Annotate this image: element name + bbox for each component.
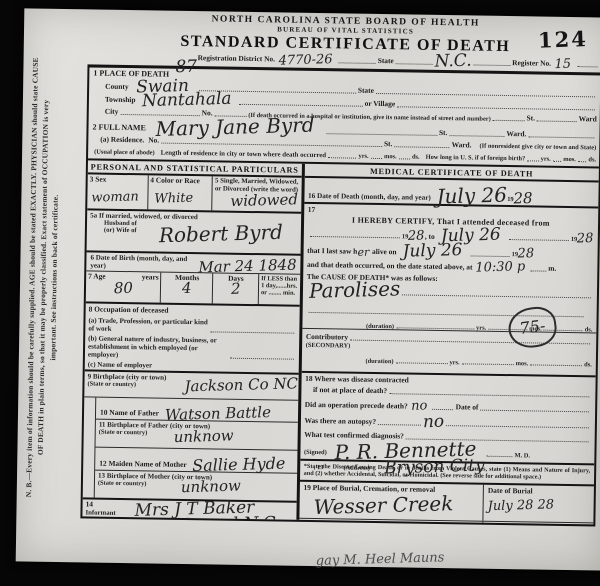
mother-value: Sallie Hyde <box>193 458 286 472</box>
reg-district-value: 4770-26 <box>279 55 333 66</box>
age-row: 7 Age 80 years Months 4 Days 2 <box>86 271 300 306</box>
father-bp-value: unknow <box>174 430 234 442</box>
dod-label: 16 Date of Death (month, day, and year) <box>308 192 431 202</box>
residence-ward-label: Ward. <box>452 141 472 150</box>
dotted-leader <box>432 400 454 409</box>
dotted-leader <box>389 385 589 397</box>
burial-date-cell: Date of Burial July 28 28 <box>483 485 594 523</box>
township-value: Nantahala <box>141 93 231 108</box>
mos-label: mos. <box>384 153 397 161</box>
yrs-label: yrs. <box>358 153 368 161</box>
county-label: County <box>105 83 129 92</box>
dotted-leader <box>339 55 376 65</box>
color-cell: 4 Color or Race White <box>148 175 213 210</box>
age-less-label-2: or ........ min. <box>261 290 298 298</box>
md-label: M. D. <box>514 452 530 460</box>
margin-instructions: N. B.—Every item of information should b… <box>23 36 64 518</box>
dotted-leader <box>537 113 577 123</box>
death-time-m-label: m. <box>548 264 556 273</box>
form-box: 1 PLACE OF DEATH County Swain State Town… <box>80 65 600 526</box>
residence-st-label: St. <box>384 140 393 149</box>
contrib-duration-label: (duration) <box>365 358 393 366</box>
sex-color-marital-row: 3 Sex woman 4 Color or Race White 5 Sing… <box>87 174 301 213</box>
dotted-leader <box>480 401 589 412</box>
dotted-leader <box>527 152 539 161</box>
ds-label-2: ds. <box>588 157 596 164</box>
color-label: 4 Color or Race <box>150 176 210 186</box>
burial-place-value: Wesser Creek <box>313 496 453 514</box>
occupation-row: 8 Occupation of deceased (a) Trade, Prof… <box>85 303 300 374</box>
dotted-leader <box>470 247 509 257</box>
certify-block: 17 I HEREBY CERTIFY, That I attended dec… <box>302 204 598 334</box>
dotted-leader <box>446 417 589 428</box>
state-value: N.C. <box>434 55 471 68</box>
burial-place-cell: 19 Place of Burial, Cremation, or remova… <box>299 482 484 521</box>
dotted-leader <box>210 323 294 333</box>
dotted-leader <box>397 99 595 111</box>
last-saw-date: July 26 <box>402 244 462 258</box>
birthplace-row: 9 Birthplace (city or town) (State or co… <box>84 371 298 400</box>
dotted-leader <box>530 356 582 366</box>
dotted-leader <box>399 150 411 159</box>
state-label: State <box>378 57 394 66</box>
father-row: 10 Name of Father Watson Battle <box>96 397 298 422</box>
dotted-leader <box>578 58 598 67</box>
township-label: Township <box>105 96 136 105</box>
length-residence-label: Length of residence in city or town wher… <box>161 149 327 159</box>
dotted-leader <box>530 262 546 271</box>
burial-date-value: July 28 28 <box>488 500 555 511</box>
operation-label: Did an operation precede death? <box>305 401 408 411</box>
age-label: 7 Age <box>88 272 106 300</box>
full-name-label: 2 FULL NAME <box>92 123 145 133</box>
sex-value: woman <box>91 192 145 203</box>
age-days-value: 2 <box>231 283 241 294</box>
dotted-leader <box>449 127 504 137</box>
dotted-leader <box>239 96 363 107</box>
sig-address-value: Bryson City <box>384 460 485 475</box>
death-time-value: 10:30 p <box>475 262 525 273</box>
occupation-label: 8 Occupation of deceased <box>89 305 297 317</box>
dotted-leader <box>402 286 591 298</box>
sex-cell: 3 Sex woman <box>87 174 148 209</box>
pencil-note: gay M. Heel Mauns <box>316 550 445 569</box>
city-label: City <box>105 108 119 117</box>
ds-label: ds. <box>412 154 420 161</box>
dob-value: Mar 24 1848 <box>199 259 298 273</box>
mother-label: 12 Maiden Name of Mother <box>99 459 187 469</box>
register-no-label: Register No. <box>512 59 551 68</box>
spouse-row: 5a If married, widowed, or divorced Husb… <box>87 210 301 255</box>
dotted-leader <box>528 128 594 138</box>
death-time-label: and that death occurred, on the date sta… <box>307 261 473 272</box>
dotted-leader <box>394 138 449 148</box>
place-state-label: State <box>358 87 374 96</box>
occupation-a-label: (a) Trade, Profession, or particular kin… <box>88 316 208 334</box>
where-contracted-label-2: if not at place of death? <box>313 386 387 396</box>
marital-value: widowed <box>231 195 300 208</box>
dotted-leader <box>473 57 510 67</box>
duration-yrs: yrs. <box>476 324 486 332</box>
dotted-leader <box>462 355 514 365</box>
dotted-leader <box>309 228 400 238</box>
dotted-leader <box>378 416 421 426</box>
date-of-label: Date of <box>456 403 479 412</box>
city-ward-label: Ward <box>579 116 597 125</box>
mother-birthplace-row: 13 Birthplace of Mother (city or town) (… <box>95 470 297 500</box>
age-days-cell: Days 2 <box>213 273 259 304</box>
personal-column: PERSONAL AND STATISTICAL PARTICULARS 3 S… <box>82 160 304 519</box>
contrib-ds: ds. <box>584 361 592 368</box>
cause-value: Parolises <box>308 281 400 298</box>
from-year-value: 28 <box>408 231 425 241</box>
contrib-mos: mos. <box>516 360 529 368</box>
form: NORTH CAROLINA STATE BOARD OF HEALTH BUR… <box>80 12 600 526</box>
dotted-leader <box>487 448 513 457</box>
name-st-label: St. <box>439 129 448 138</box>
parents-section: Parents 10 Name of Father Watson Battle … <box>83 397 298 502</box>
village-label: or Village <box>365 100 396 109</box>
burial-date-label: Date of Burial <box>488 487 590 497</box>
dotted-leader <box>396 354 448 364</box>
dotted-leader <box>376 85 595 97</box>
residence-no-label: No. <box>148 136 159 145</box>
dob-label: 6 Date of Birth (month, day, and year) <box>90 253 195 271</box>
duration-ds: ds. <box>585 326 593 333</box>
age-years-value: 80 <box>114 282 134 301</box>
parents-rows: 10 Name of Father Watson Battle 11 Birth… <box>95 397 298 500</box>
scanned-death-certificate: N. B.—Every item of information should b… <box>0 0 600 586</box>
age-less-label-1: If LESS than 1 day,......hrs. <box>261 275 298 290</box>
mos-label-2: mos. <box>563 156 576 164</box>
dotted-leader <box>493 112 525 121</box>
spouse-value: Robert Byrd <box>159 224 283 242</box>
dotted-leader <box>396 319 474 329</box>
duration-label: (duration) <box>366 322 394 330</box>
dob-row: 6 Date of Birth (month, day, and year) M… <box>86 252 300 274</box>
autopsy-value: no <box>423 415 445 428</box>
dotted-leader <box>396 55 433 65</box>
autopsy-label: Was there an autopsy? <box>304 417 376 427</box>
stamp-75-value: 75- <box>519 320 546 335</box>
disease-operation-block: 18 Where was disease contracted if not a… <box>300 372 596 465</box>
signed-label: (Signed) <box>304 449 327 457</box>
us-length-label: How long in U. S. if of foreign birth? <box>426 154 526 163</box>
dod-value: July 26 <box>437 188 508 204</box>
age-months-value: 4 <box>182 282 192 293</box>
occupation-c-label: (c) Name of employer <box>88 360 296 371</box>
columns: PERSONAL AND STATISTICAL PARTICULARS 3 S… <box>82 158 599 524</box>
alive-on-label: alive on <box>372 248 397 257</box>
dotted-leader <box>327 125 437 136</box>
dotted-leader <box>328 149 357 158</box>
father-label: 10 Name of Father <box>100 408 159 418</box>
dod-year-value: 28 <box>513 193 532 204</box>
name-ward-label: Ward. <box>506 130 526 139</box>
occupation-b-label: (b) General nature of industry, business… <box>88 334 228 360</box>
dotted-leader <box>578 153 587 162</box>
marital-cell: 5 Single, Married, Widowed, or Divorced … <box>213 176 302 211</box>
last-saw-label: that I last saw h <box>307 247 357 257</box>
city-st-label: St. <box>526 115 535 124</box>
contrib-yrs: yrs. <box>449 359 459 367</box>
mother-bp-value: unknow <box>181 480 241 492</box>
age-less-cell: If LESS than 1 day,......hrs. or .......… <box>259 274 300 305</box>
dotted-leader <box>509 231 569 241</box>
age-years-label: years <box>141 273 158 301</box>
parents-label: Parents <box>82 430 84 456</box>
age-months-cell: Months 4 <box>161 272 213 303</box>
residence-label: (a) Residence. <box>100 135 144 145</box>
dotted-leader <box>230 349 294 359</box>
register-no-value: 15 <box>555 60 572 70</box>
medical-column: MEDICAL CERTIFICATE OF DEATH 16 Date of … <box>299 164 599 525</box>
informant-address-value: Almond N.C. <box>172 517 281 520</box>
father-birthplace-row: 11 Birthplace of Father (city or town) (… <box>95 419 297 450</box>
yrs-label-2: yrs. <box>541 156 551 164</box>
age-years-cell: 7 Age 80 years <box>86 271 162 302</box>
reg-district-label: Registration District No. <box>198 55 276 65</box>
last-saw-fill: er <box>357 248 369 256</box>
dotted-leader <box>371 150 383 159</box>
dotted-leader <box>120 106 200 116</box>
sex-label: 3 Sex <box>90 175 146 185</box>
color-value: White <box>154 193 210 204</box>
certificate-paper: N. B.—Every item of information should b… <box>16 8 600 570</box>
operation-value: no <box>411 402 427 412</box>
contributory-label: Contributory <box>306 333 348 343</box>
burial-row: 19 Place of Burial, Cremation, or remova… <box>299 482 594 524</box>
informant-row: 14 Informant (Address) Mrs J T Baker Alm… <box>82 499 296 519</box>
father-value: Watson Battle <box>165 407 271 421</box>
to-year-value: 28 <box>577 234 594 244</box>
birthplace-value: Jackson Co NC <box>184 378 298 392</box>
dotted-leader <box>553 152 562 161</box>
mother-row: 12 Maiden Name of Mother Sallie Hyde <box>95 447 297 473</box>
last-saw-year-value: 28 <box>518 249 535 259</box>
abode-note: (Usual place of abode) <box>94 149 155 157</box>
